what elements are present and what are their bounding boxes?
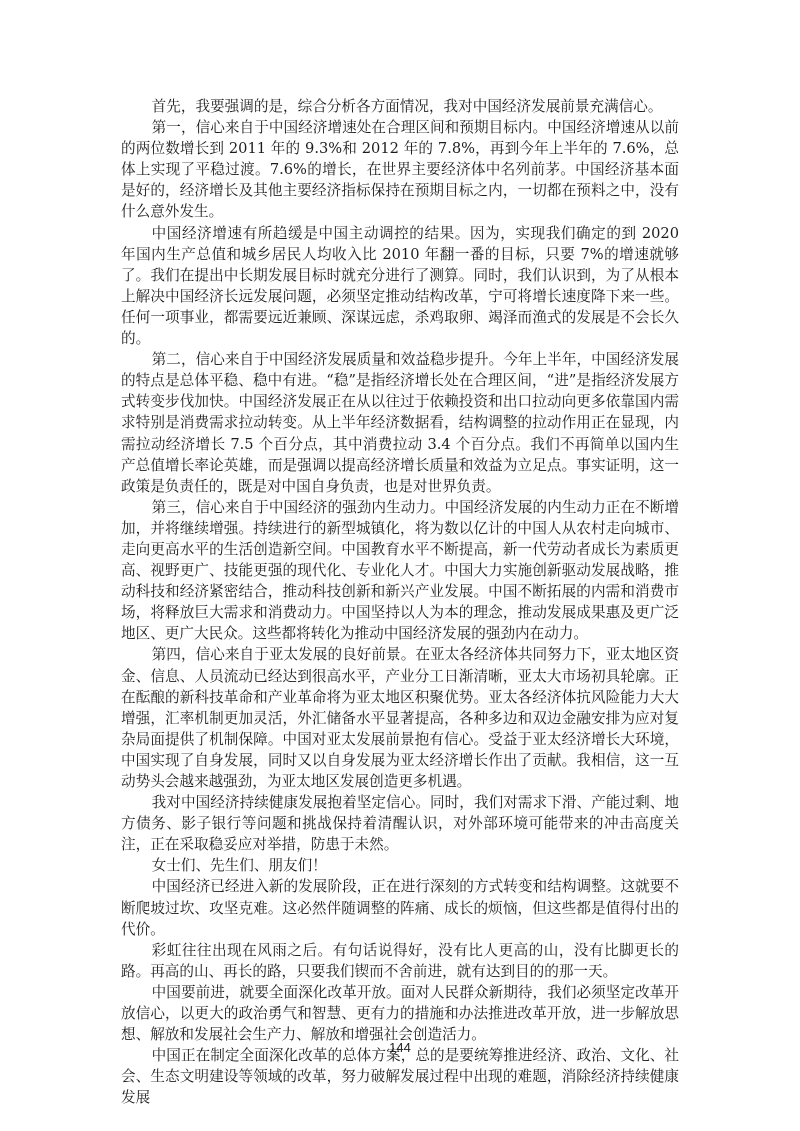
paragraph-first-point: 第一，信心来自于中国经济增速处在合理区间和预期目标内。中国经济增速从以前的两位数… (121, 117, 679, 222)
document-body: 首先，我要强调的是，综合分析各方面情况，我对中国经济发展前景充满信心。 第一，信… (121, 96, 679, 1109)
paragraph-confidence: 我对中国经济持续健康发展抱着坚定信心。同时，我们对需求下滑、产能过剩、地方债务、… (121, 792, 679, 855)
paragraph-fourth-point: 第四，信心来自于亚太发展的良好前景。在亚太各经济体共同努力下，亚太地区资金、信息… (121, 644, 679, 792)
paragraph-third-point: 第三，信心来自于中国经济的强劲内生动力。中国经济发展的内生动力正在不断增加，并将… (121, 497, 679, 645)
paragraph-reform: 中国要前进，就要全面深化改革开放。面对人民群众新期待，我们必须坚定改革开放信心，… (121, 982, 679, 1045)
paragraph-new-stage: 中国经济已经进入新的发展阶段，正在进行深刻的方式转变和结构调整。这就要不断爬坡过… (121, 876, 679, 939)
paragraph-greeting: 女士们、先生们、朋友们！ (121, 855, 679, 876)
paragraph-second-point: 第二，信心来自于中国经济发展质量和效益稳步提升。今年上半年，中国经济发展的特点是… (121, 349, 679, 497)
paragraph-rainbow: 彩虹往往出现在风雨之后。有句话说得好，没有比人更高的山，没有比脚更长的路。再高的… (121, 940, 679, 982)
paragraph-intro: 首先，我要强调的是，综合分析各方面情况，我对中国经济发展前景充满信心。 (121, 96, 679, 117)
page-number: 144 (0, 1040, 800, 1055)
paragraph-growth-slowdown: 中国经济增速有所趋缓是中国主动调控的结果。因为，实现我们确定的到 2020 年国… (121, 223, 679, 350)
